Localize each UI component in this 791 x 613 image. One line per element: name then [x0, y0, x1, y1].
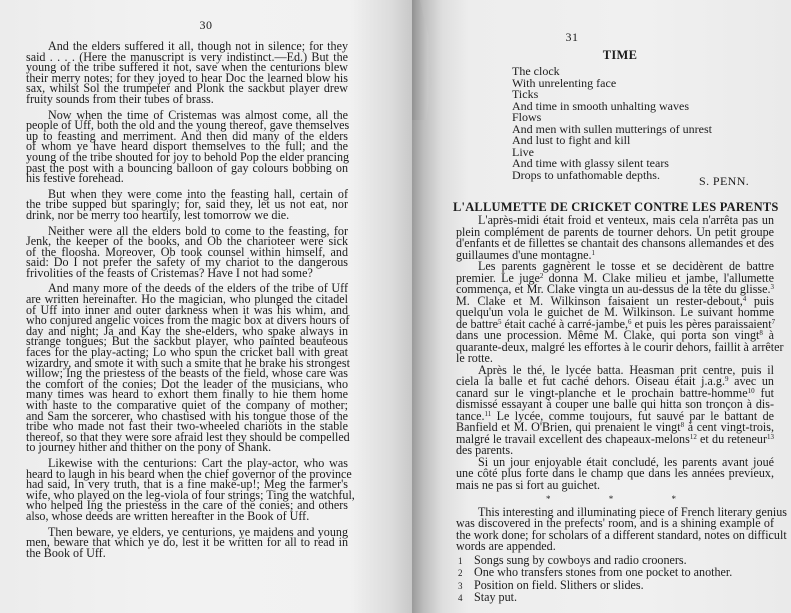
- right-page: 31 TIME The clockWith unrelenting faceTi…: [412, 0, 791, 613]
- article-body: L'après-midi était froid et venteux, mai…: [456, 215, 774, 605]
- footnote-marker: 11: [485, 410, 492, 418]
- text-line: frivolities of the feasts of Cristemas? …: [26, 268, 348, 279]
- text-line: drink, nor be merry too heartily, lest t…: [26, 210, 348, 221]
- book-spread: 30 And the elders suffered it all, thoug…: [0, 0, 791, 613]
- text-line: mais ne pas si fort au guichet.: [456, 480, 774, 492]
- paragraph: Après le thé, le lycée batta. Heasman pr…: [456, 365, 774, 457]
- page-number-right: 31: [512, 30, 632, 45]
- paragraph: Neither were all the elders bold to come…: [26, 226, 348, 279]
- footnote-number: 4: [458, 593, 474, 605]
- footnote-marker: 1: [592, 249, 596, 257]
- footnote-marker: 8: [681, 421, 685, 429]
- left-page: 30 And the elders suffered it all, thoug…: [0, 0, 412, 613]
- text-line: also, whose deeds are written hereafter …: [26, 511, 348, 522]
- text-line: the Book of Uff.: [26, 548, 348, 559]
- poem-title: TIME: [520, 48, 720, 63]
- footnote-number: 3: [458, 581, 474, 593]
- footnote-marker: 4: [743, 295, 747, 303]
- footnote-marker: 2: [540, 272, 544, 280]
- paragraph: And the elders suffered it all, though n…: [26, 41, 348, 105]
- text-line: his festive forehead.: [26, 173, 348, 184]
- poem-author: S. PENN.: [699, 174, 749, 189]
- footnotes: 1Songs sung by cowboys and radio crooner…: [456, 555, 774, 605]
- text-line: quarante-deux, malgré les effortes à le …: [456, 342, 774, 354]
- footnote-marker: 5: [498, 318, 502, 326]
- footnote-number: 1: [458, 556, 474, 568]
- poem-line: And time in smooth unhalting waves: [512, 101, 712, 113]
- section-separator: * * *: [456, 494, 774, 506]
- afterword: This interesting and illuminating piece …: [456, 507, 774, 553]
- paragraph: Likewise with the centurions: Cart the p…: [26, 458, 348, 522]
- text-line: words are appended.: [456, 541, 774, 553]
- poem-line: With unrelenting face: [512, 78, 712, 90]
- left-page-body: And the elders suffered it all, though n…: [26, 41, 348, 563]
- footnote-marker: 9: [725, 375, 729, 383]
- paragraph: And many more of the deeds of the elders…: [26, 283, 348, 453]
- footnote-marker: 8: [759, 329, 763, 337]
- poem-line: And lust to fight and kill: [512, 135, 712, 147]
- paragraph: L'après-midi était froid et venteux, mai…: [456, 215, 774, 261]
- paragraph: Les parents gagnèrent le tosse et se dec…: [456, 261, 774, 365]
- paragraph: Then beware, ye elders, ye centurions, y…: [26, 527, 348, 559]
- footnote-marker: 6: [628, 318, 632, 326]
- poem-body: The clockWith unrelenting faceTicksAnd t…: [512, 66, 712, 181]
- text-line: fruity sounds from their tubes of brass.: [26, 94, 348, 105]
- paragraph: But when they were come into the feastin…: [26, 189, 348, 221]
- paragraph: Si un jour enjoyable était concludé, les…: [456, 457, 774, 492]
- poem-line: Drops to unfathomable depths.: [512, 170, 712, 182]
- page-number-left: 30: [0, 18, 412, 33]
- footnote-marker: 12: [690, 433, 697, 441]
- footnote-marker: 13: [767, 433, 774, 441]
- paragraph: Now when the time of Cristemas was almos…: [26, 110, 348, 184]
- text-line: to journey hither and thither on the pon…: [26, 442, 348, 453]
- footnote: 4Stay put.: [456, 592, 774, 605]
- footnote-marker: 10: [748, 387, 755, 395]
- footnote-marker: 3: [771, 283, 775, 291]
- footnote-marker: 7: [772, 318, 776, 326]
- footnote-number: 2: [458, 568, 474, 580]
